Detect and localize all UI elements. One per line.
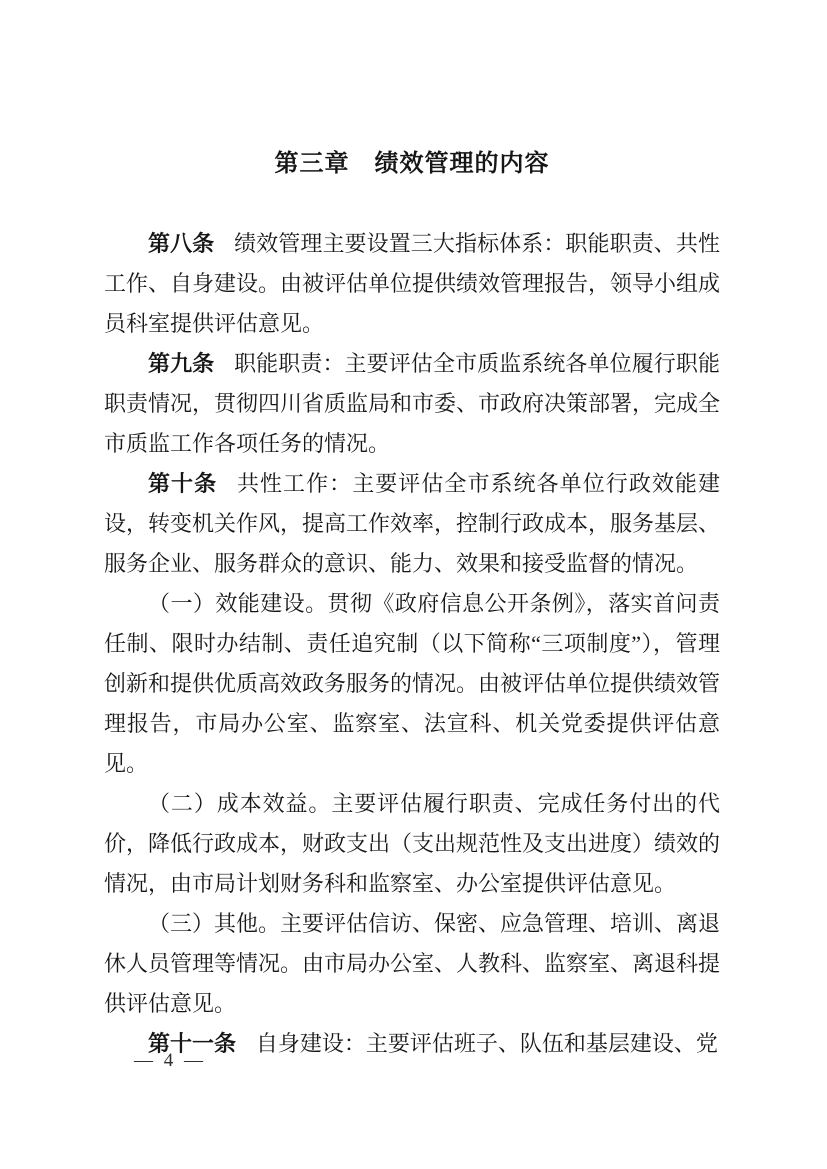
paragraph-item-1: （一）效能建设。贯彻《政府信息公开条例》，落实首问责任制、限时办结制、责任追究制… — [104, 584, 720, 784]
chapter-title: 第三章 绩效管理的内容 — [104, 148, 720, 180]
paragraph-text: （一）效能建设。贯彻《政府信息公开条例》，落实首问责任制、限时办结制、责任追究制… — [104, 591, 720, 776]
article-number: 第九条 — [148, 351, 214, 376]
document-page: 第三章 绩效管理的内容 第八条绩效管理主要设置三大指标体系：职能职责、共性工作、… — [0, 0, 827, 1169]
paragraph-text: （二）成本效益。主要评估履行职责、完成任务付出的代价，降低行政成本，财政支出（支… — [104, 791, 720, 896]
paragraph-item-3: （三）其他。主要评估信访、保密、应急管理、培训、离退休人员管理等情况。由市局办公… — [104, 904, 720, 1024]
article-number: 第八条 — [148, 231, 214, 256]
paragraph-text: 自身建设：主要评估班子、队伍和基层建设、党 — [256, 1031, 718, 1056]
paragraph-article-10: 第十条共性工作：主要评估全市系统各单位行政效能建设，转变机关作风，提高工作效率，… — [104, 464, 720, 584]
paragraph-item-2: （二）成本效益。主要评估履行职责、完成任务付出的代价，降低行政成本，财政支出（支… — [104, 784, 720, 904]
page-number: — 4 — — [134, 1050, 206, 1072]
paragraph-article-8: 第八条绩效管理主要设置三大指标体系：职能职责、共性工作、自身建设。由被评估单位提… — [104, 224, 720, 344]
paragraph-article-9: 第九条职能职责：主要评估全市质监系统各单位履行职能职责情况，贯彻四川省质监局和市… — [104, 344, 720, 464]
article-number: 第十条 — [148, 471, 217, 496]
document-content: 第三章 绩效管理的内容 第八条绩效管理主要设置三大指标体系：职能职责、共性工作、… — [0, 0, 827, 1064]
paragraph-text: （三）其他。主要评估信访、保密、应急管理、培训、离退休人员管理等情况。由市局办公… — [104, 911, 720, 1016]
